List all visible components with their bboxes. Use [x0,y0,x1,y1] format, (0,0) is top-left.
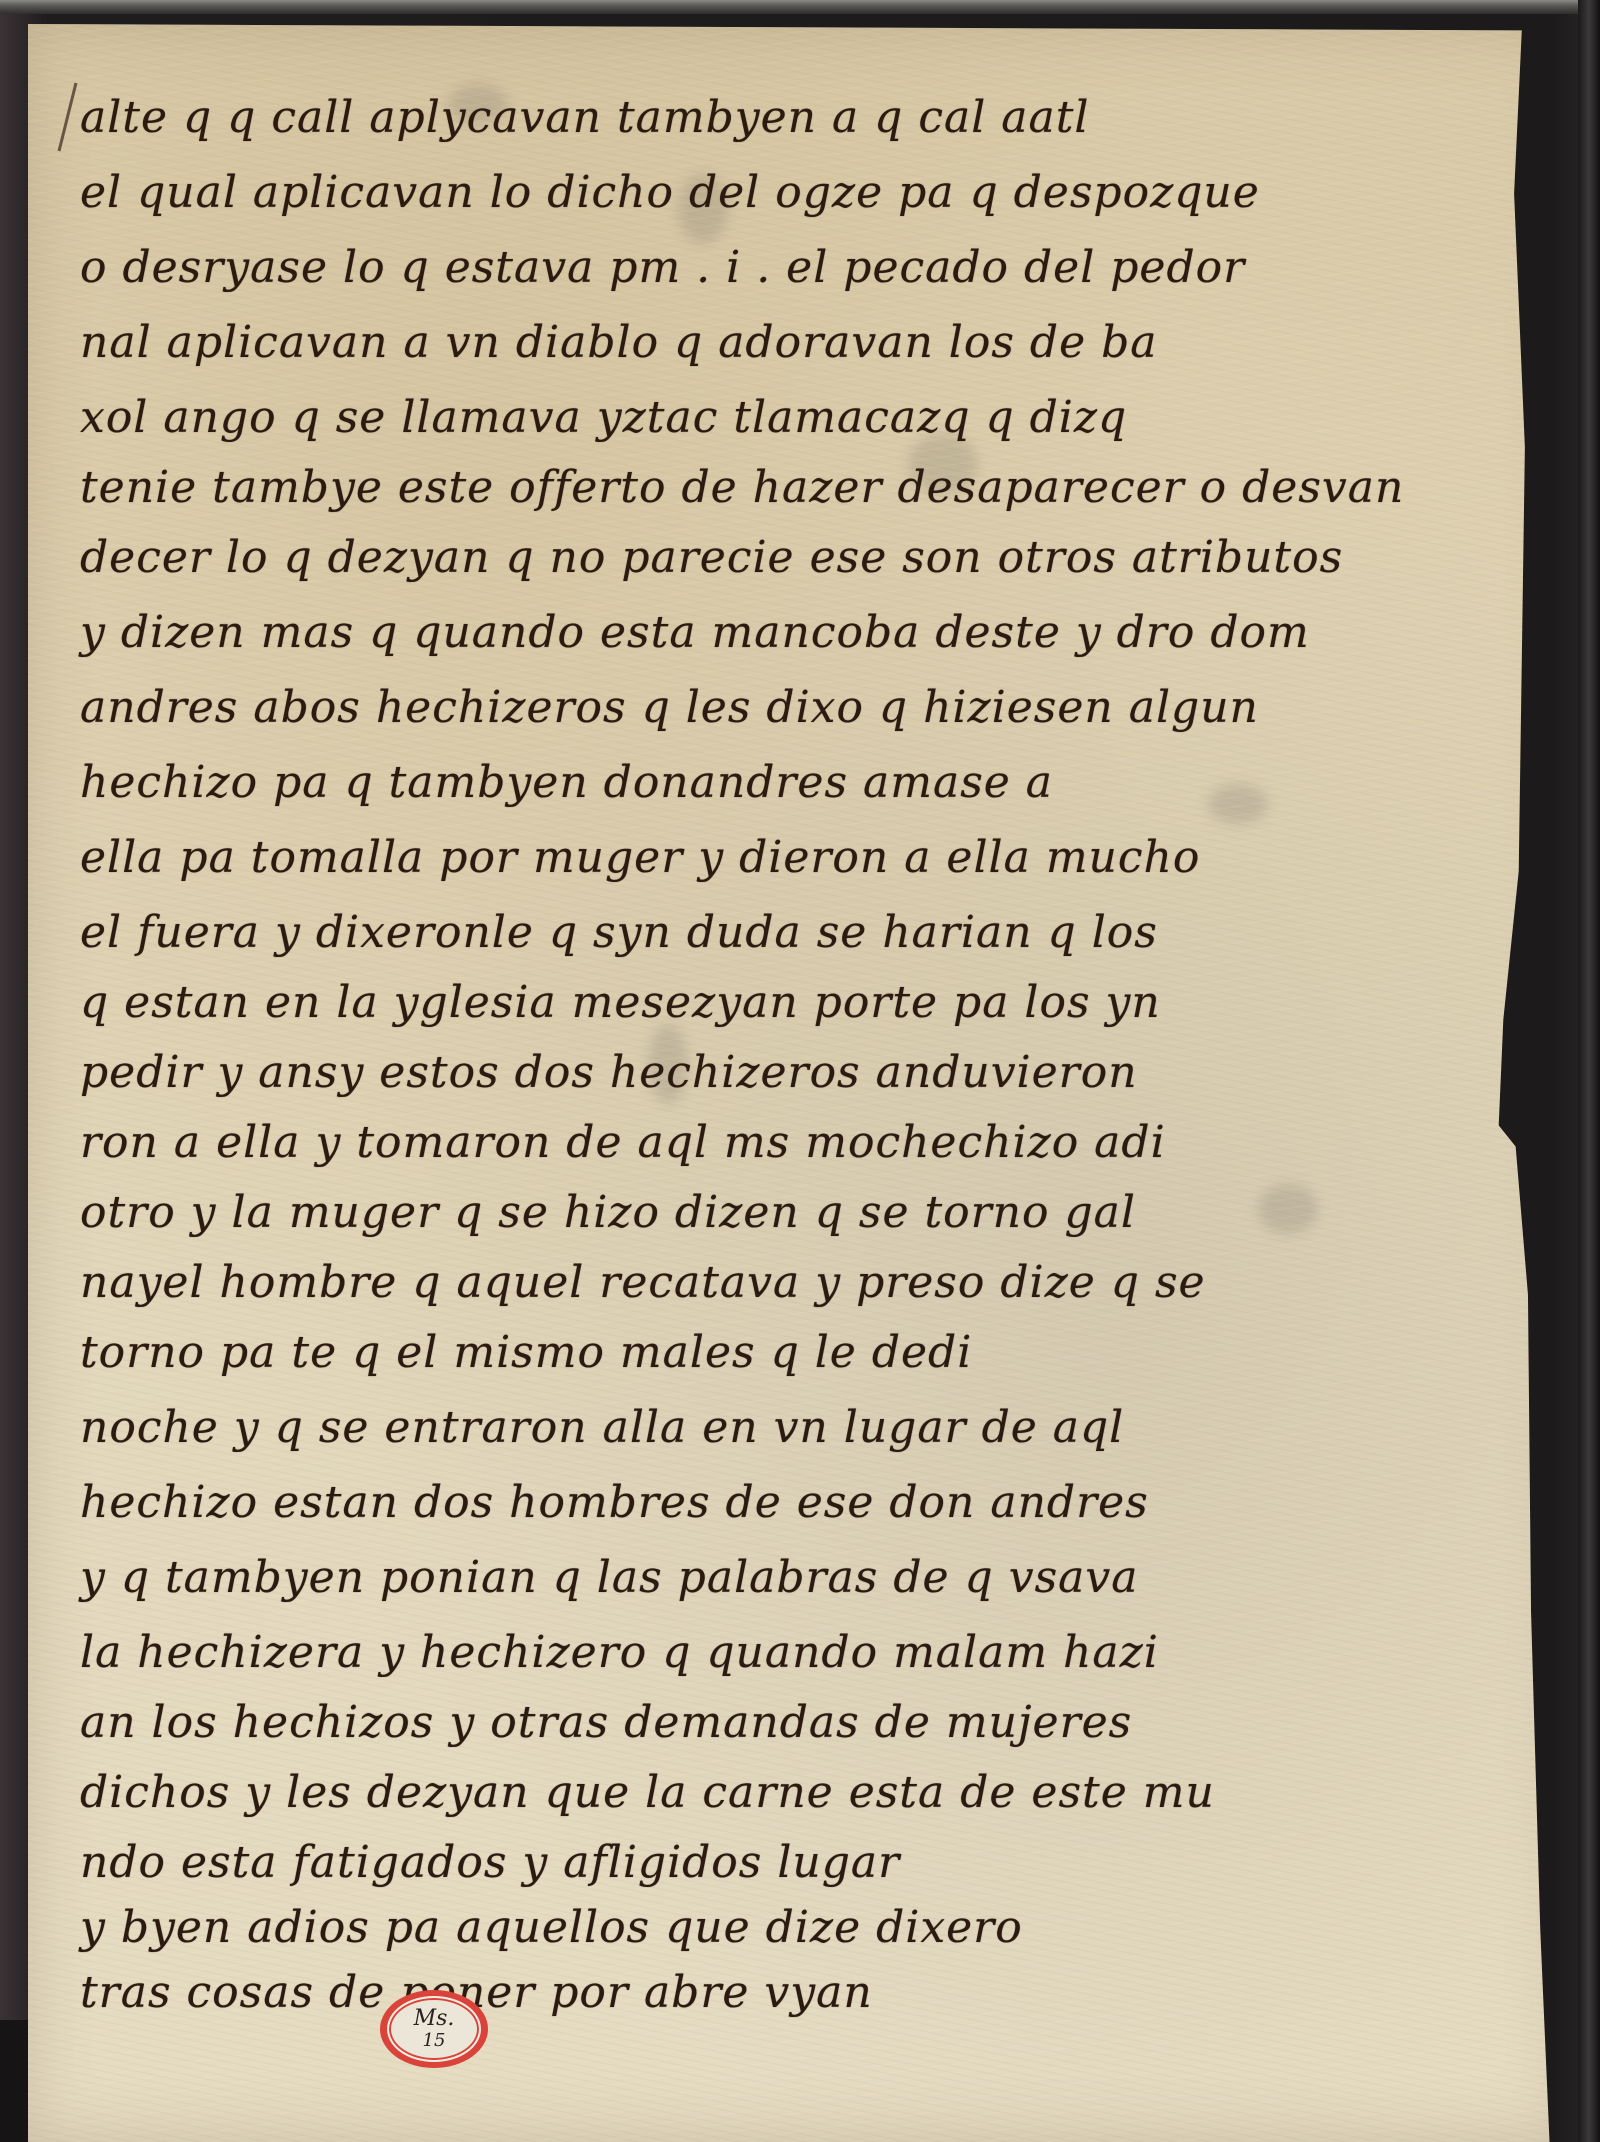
manuscript-line-18: torno pa te q el mismo males q le dedi [80,1327,972,1378]
manuscript-line-3: o desryase lo q estava pm . i . el pecad… [80,242,1245,293]
manuscript-line-23: an los hechizos y otras demandas de muje… [80,1697,1132,1748]
manuscript-line-15: ron a ella y tomaron de aql ms mochechiz… [80,1117,1166,1168]
manuscript-line-13: q estan en la yglesia mesezyan porte pa … [80,977,1161,1028]
manuscript-line-8: y dizen mas q quando esta mancoba deste … [80,607,1310,658]
manuscript-line-19: noche y q se entraron alla en vn lugar d… [80,1402,1124,1453]
manuscript-line-11: ella pa tomalla por muger y dieron a ell… [80,832,1200,883]
frame-top-rail [0,0,1600,14]
manuscript-line-12: el fuera y dixeronle q syn duda se haria… [80,907,1158,958]
shelfmark-prefix: Ms. [414,2008,455,2030]
shelfmark-label-inner: Ms. 15 [387,1996,481,2062]
manuscript-line-22: la hechizera y hechizero q quando malam … [80,1627,1159,1678]
manuscript-line-21: y q tambyen ponian q las palabras de q v… [80,1552,1138,1603]
manuscript-line-24: dichos y les dezyan que la carne esta de… [80,1767,1215,1818]
manuscript-line-5: xol ango q se llamava yztac tlamacazq q … [80,392,1127,443]
manuscript-line-17: nayel hombre q aquel recatava y preso di… [80,1257,1206,1308]
manuscript-line-26: y byen adios pa aquellos que dize dixero [80,1902,1023,1953]
manuscript-line-1: alte q q call aplycavan tambyen a q cal … [80,92,1090,143]
manuscript-line-4: nal aplicavan a vn diablo q adoravan los… [80,317,1158,368]
manuscript-line-14: pedir y ansy estos dos hechizeros anduvi… [80,1047,1138,1098]
manuscript-line-6: tenie tambye este offerto de hazer desap… [80,462,1404,513]
frame-right-rail [1578,0,1600,2142]
manuscript-line-20: hechizo estan dos hombres de ese don and… [80,1477,1149,1528]
frame-corner [0,2020,28,2142]
ink-stain [1208,784,1268,824]
ink-stain [1258,1184,1318,1234]
manuscript-line-2: el qual aplicavan lo dicho del ogze pa q… [80,167,1260,218]
manuscript-line-25: ndo esta fatigados y afligidos lugar [80,1837,900,1888]
shelfmark-label: Ms. 15 [380,1990,488,2068]
manuscript-line-9: andres abos hechizeros q les dixo q hizi… [80,682,1259,733]
manuscript-line-7: decer lo q dezyan q no parecie ese son o… [80,532,1343,583]
shelfmark-number: 15 [423,2032,446,2050]
manuscript-line-10: hechizo pa q tambyen donandres amase a [80,757,1053,808]
manuscript-line-16: otro y la muger q se hizo dizen q se tor… [80,1187,1136,1238]
